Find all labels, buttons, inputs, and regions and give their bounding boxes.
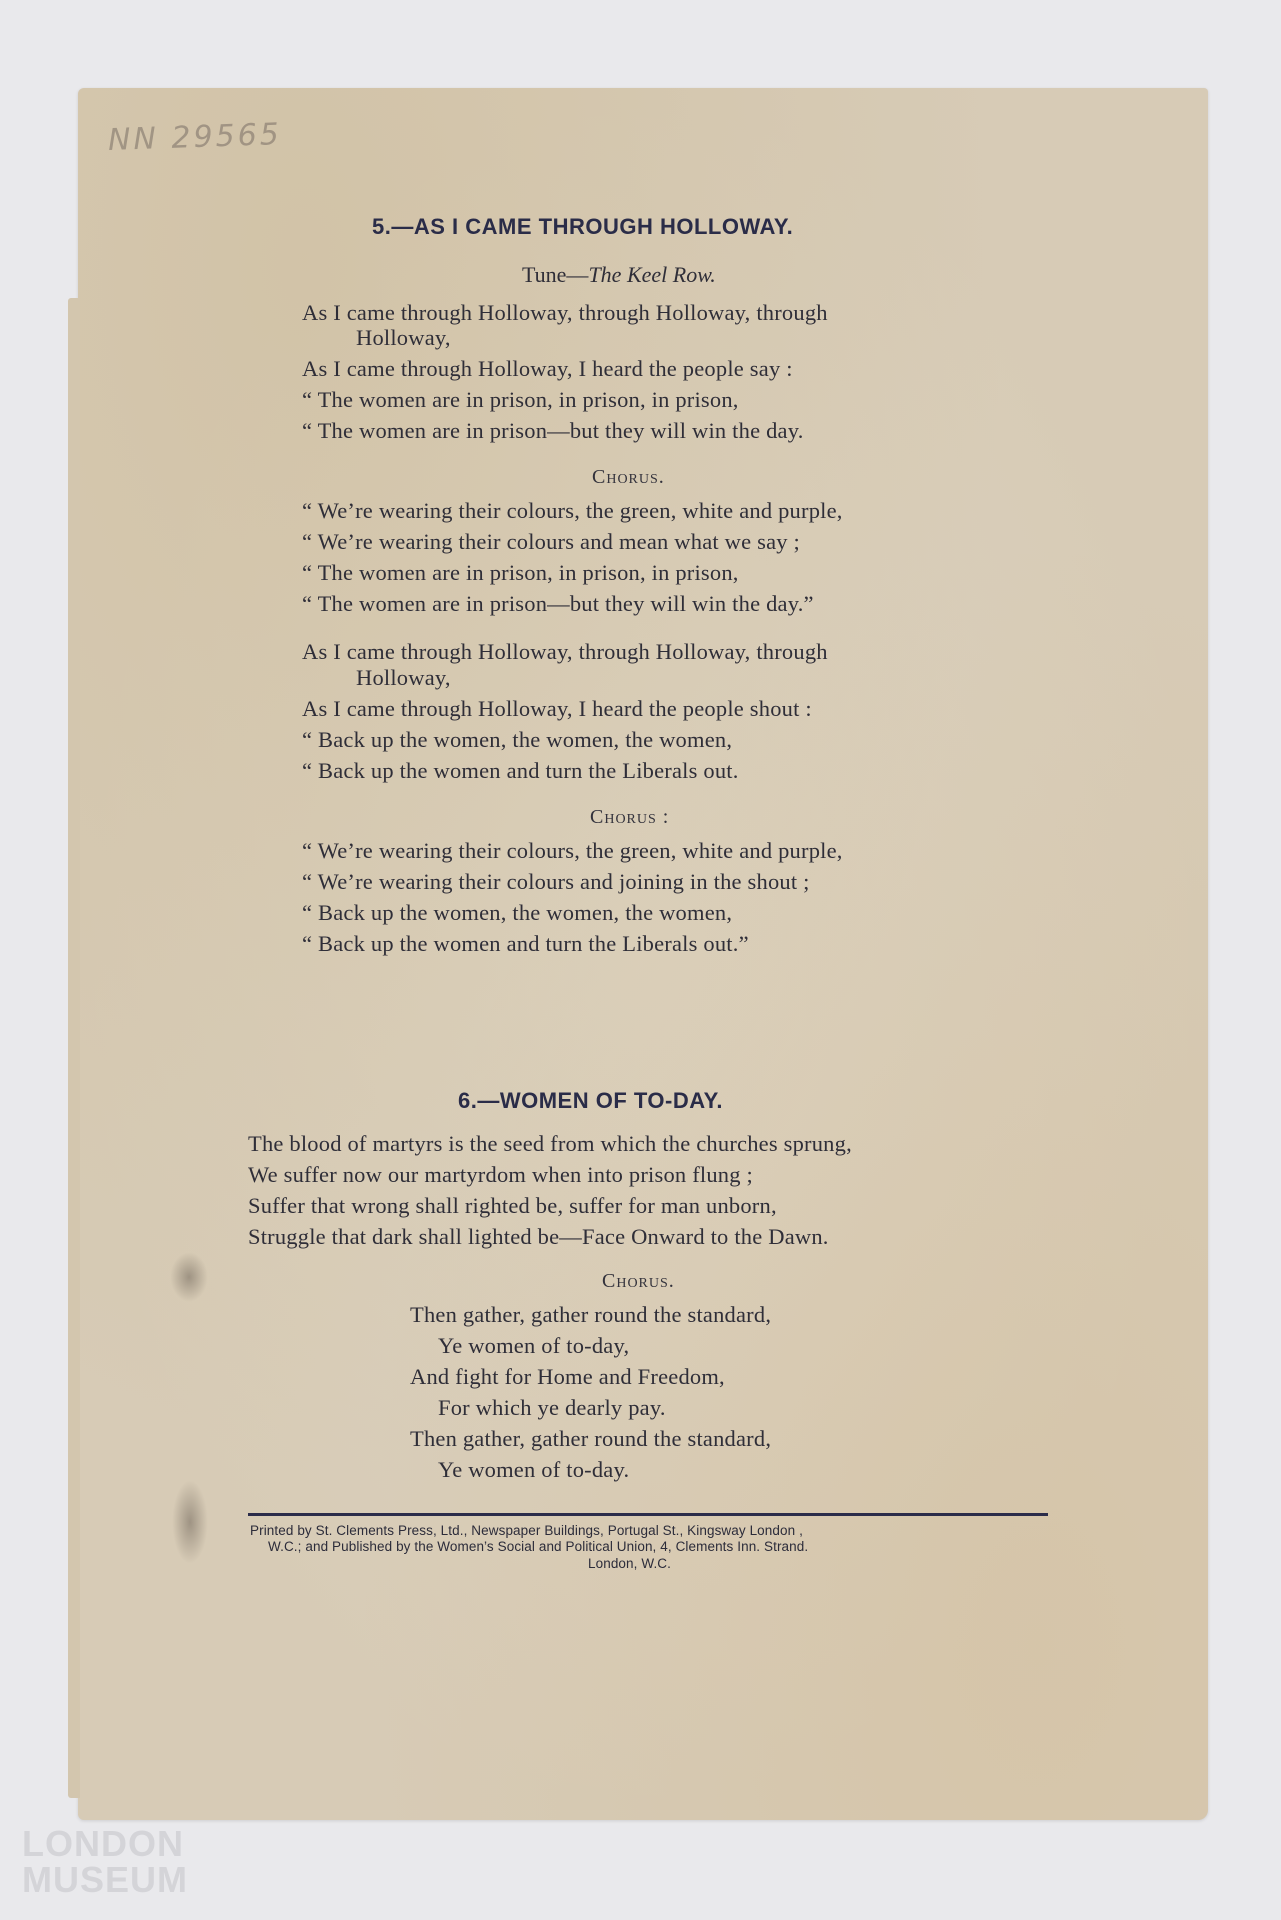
verse-line: As I came through Holloway, through Holl…	[302, 300, 828, 326]
museum-watermark: LONDON MUSEUM	[22, 1826, 188, 1898]
chorus-line: And fight for Home and Freedom,	[410, 1364, 725, 1390]
verse-line: “ The women are in prison—but they will …	[302, 418, 804, 444]
verse-line: Struggle that dark shall lighted be—Face…	[248, 1224, 829, 1250]
chorus-heading: Chorus.	[602, 1270, 675, 1293]
chorus-line: “ The women are in prison—but they will …	[302, 591, 814, 617]
divider-rule	[248, 1513, 1048, 1516]
chorus-line: Then gather, gather round the standard,	[410, 1302, 771, 1328]
imprint-line: London, W.C.	[588, 1556, 671, 1571]
verse-line: As I came through Holloway, through Holl…	[302, 639, 828, 665]
imprint-line: W.C.; and Published by the Women’s Socia…	[268, 1539, 808, 1554]
verse-line: Holloway,	[356, 325, 451, 351]
verse-line: Holloway,	[356, 665, 451, 691]
song-6-title: 6.—WOMEN OF TO-DAY.	[458, 1088, 723, 1114]
chorus-line: Ye women of to-day.	[438, 1457, 629, 1483]
stain-mark	[172, 1480, 208, 1564]
verse-line: “ The women are in prison, in prison, in…	[302, 387, 739, 413]
chorus-heading: Chorus.	[592, 466, 665, 489]
catalogue-number: NN 29565	[107, 117, 282, 158]
chorus-line: “ Back up the women and turn the Liberal…	[302, 931, 749, 957]
verse-line: We suffer now our martyrdom when into pr…	[248, 1162, 753, 1188]
chorus-line: “ The women are in prison, in prison, in…	[302, 560, 739, 586]
chorus-heading: Chorus :	[590, 806, 669, 829]
chorus-line: “ We’re wearing their colours, the green…	[302, 838, 843, 864]
chorus-line: Ye women of to-day,	[438, 1333, 629, 1359]
verse-line: Suffer that wrong shall righted be, suff…	[248, 1193, 777, 1219]
chorus-line: “ We’re wearing their colours and mean w…	[302, 529, 800, 555]
chorus-line: “ We’re wearing their colours and joinin…	[302, 869, 810, 895]
tune-prefix: Tune—	[522, 262, 588, 287]
verse-line: As I came through Holloway, I heard the …	[302, 356, 793, 382]
stain-mark	[170, 1252, 208, 1302]
watermark-line: MUSEUM	[22, 1862, 188, 1898]
watermark-line: LONDON	[22, 1826, 188, 1862]
imprint-line: Printed by St. Clements Press, Ltd., New…	[250, 1523, 803, 1538]
song-5-title: 5.—AS I CAME THROUGH HOLLOWAY.	[372, 214, 793, 240]
chorus-line: Then gather, gather round the standard,	[410, 1426, 771, 1452]
chorus-line: For which ye dearly pay.	[438, 1395, 666, 1421]
tune-name: The Keel Row.	[588, 262, 715, 287]
song-5-tune: Tune—The Keel Row.	[522, 262, 716, 288]
verse-line: “ Back up the women and turn the Liberal…	[302, 758, 739, 784]
chorus-line: “ Back up the women, the women, the wome…	[302, 900, 732, 926]
verse-line: “ Back up the women, the women, the wome…	[302, 727, 732, 753]
verse-line: As I came through Holloway, I heard the …	[302, 696, 812, 722]
chorus-line: “ We’re wearing their colours, the green…	[302, 498, 843, 524]
verse-line: The blood of martyrs is the seed from wh…	[248, 1131, 852, 1157]
